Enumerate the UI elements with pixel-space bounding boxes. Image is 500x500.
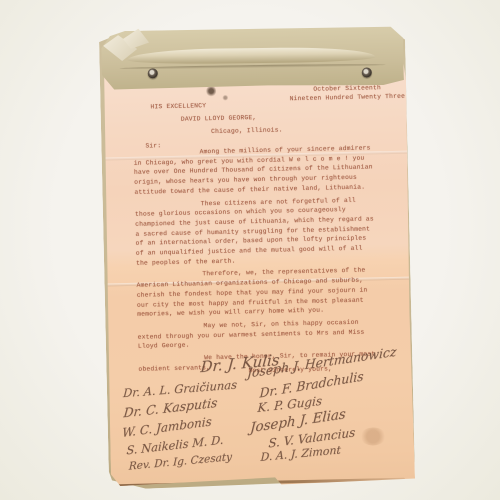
recipient-honorific: HIS EXCELLENCY	[150, 101, 206, 112]
letter-body: Among the millions of your sincere admir…	[133, 143, 380, 377]
fold-crease	[120, 63, 386, 70]
fold-ridge	[127, 47, 375, 65]
body-paragraph: May we not, Sir, on this happy occasion …	[137, 317, 380, 352]
signature: Dr. A. L. Graičiunas	[123, 377, 238, 400]
body-paragraph: These citizens are not forgetful of all …	[135, 195, 378, 268]
paper-stain	[360, 427, 386, 446]
letter-sheet: 3038 Emerald Avenue October Sixteenth Ni…	[101, 55, 415, 492]
body-paragraph: Among the millions of your sincere admir…	[133, 143, 376, 197]
document: 3038 Emerald Avenue October Sixteenth Ni…	[93, 20, 426, 497]
date-line: Nineteen Hundred Twenty Three	[272, 92, 422, 105]
top-fold-flap	[101, 25, 404, 92]
recipient-name: DAVID LLOYD GEORGE,	[181, 113, 257, 124]
recipient-city: Chicago, Illinois.	[211, 125, 283, 136]
photo-backdrop: 3038 Emerald Avenue October Sixteenth Ni…	[0, 0, 500, 500]
body-paragraph: Therefore, we, the representatives of th…	[136, 266, 379, 320]
ink-stain	[222, 95, 228, 101]
